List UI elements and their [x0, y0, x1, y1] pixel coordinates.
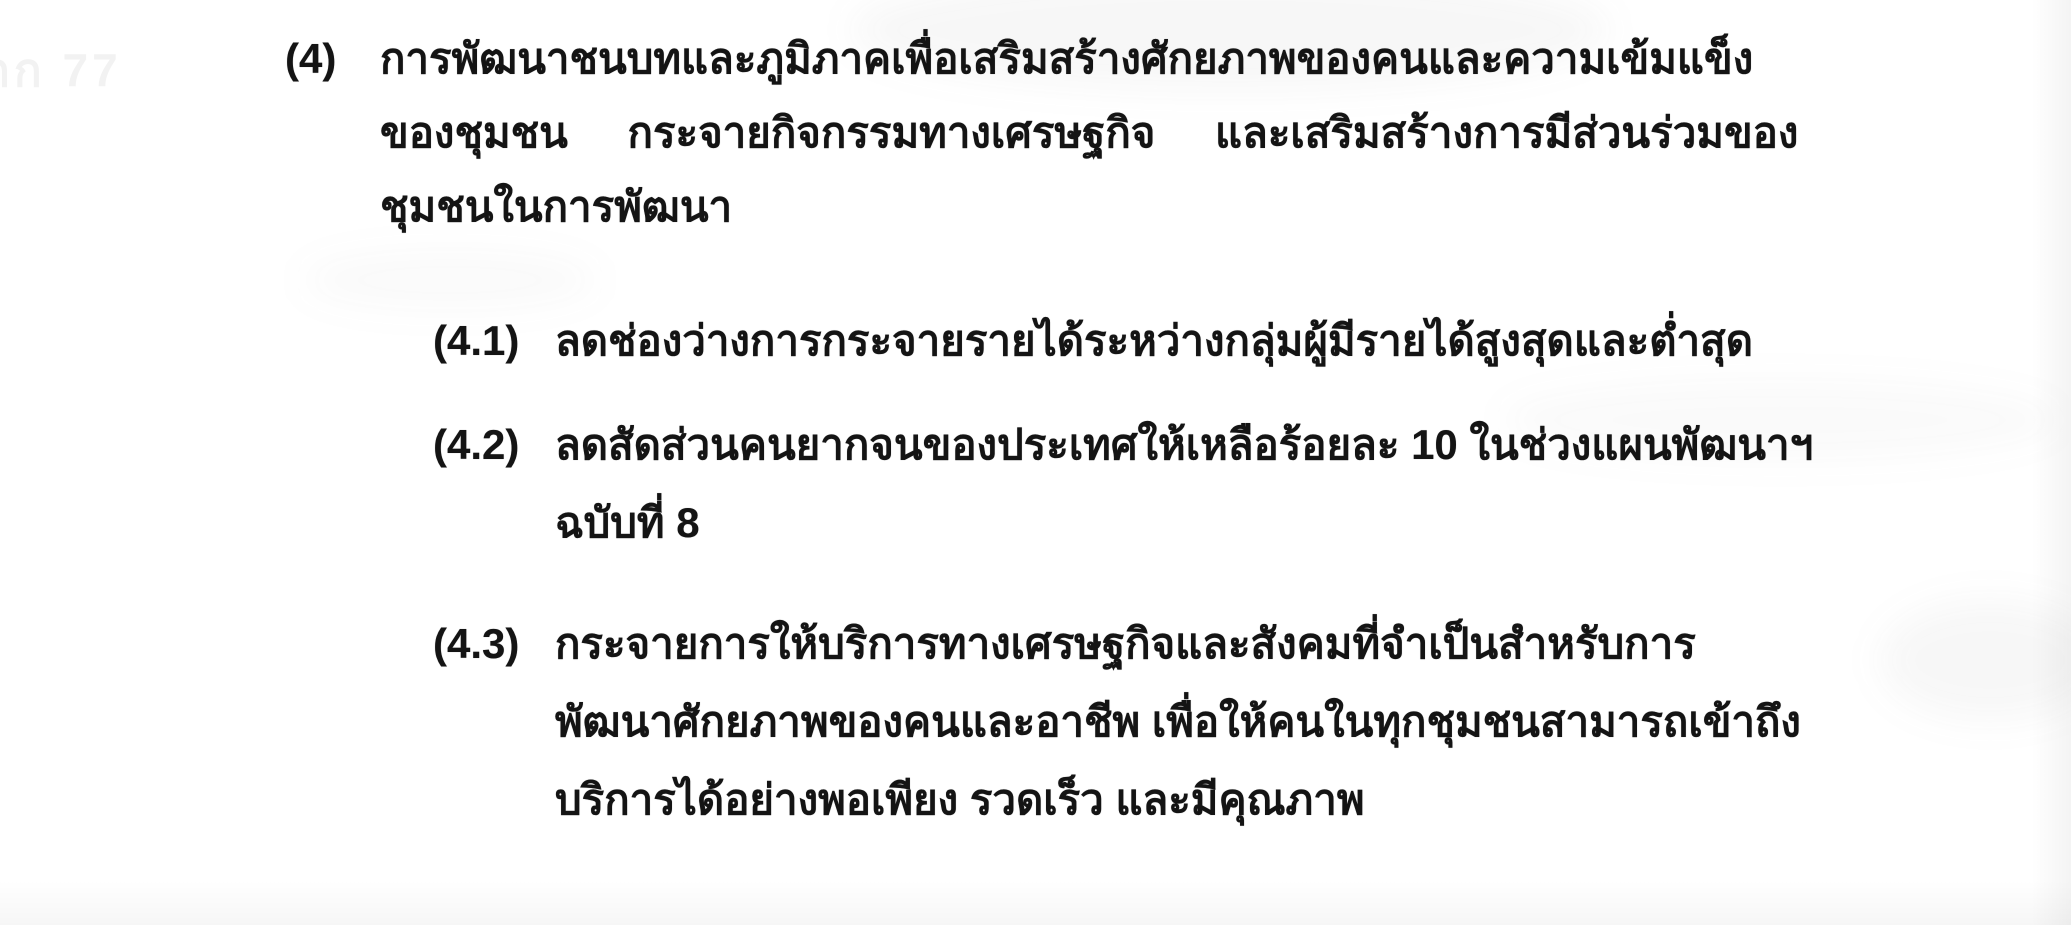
item-4-2-text: ลดสัดส่วนคนยากจนของประเทศให้เหลือร้อยละ … [555, 406, 2071, 562]
scanned-document-page: กก 77 (4) การพัฒนาชนบทและภูมิภาคเพื่อเสร… [0, 0, 2071, 925]
item-4-line-1: การพัฒนาชนบทและภูมิภาคเพื่อเสริมสร้างศัก… [380, 22, 2071, 96]
item-4-3-line-3: บริการได้อย่างพอเพียง รวดเร็ว และมีคุณภา… [555, 761, 2071, 839]
item-4-2-line-2: ฉบับที่ 8 [555, 484, 2071, 562]
item-4-number: (4) [285, 22, 380, 244]
item-4-2-number: (4.2) [433, 406, 555, 562]
item-4-2: (4.2) ลดสัดส่วนคนยากจนของประเทศให้เหลือร… [0, 406, 2071, 562]
item-4-3: (4.3) กระจายการให้บริการทางเศรษฐกิจและสั… [0, 605, 2071, 839]
item-4-3-line-1: กระจายการให้บริการทางเศรษฐกิจและสังคมที่… [555, 605, 2071, 683]
item-4-line-3: ชุมชนในการพัฒนา [380, 170, 2071, 244]
item-4-1-line-1: ลดช่องว่างการกระจายรายได้ระหว่างกลุ่มผู้… [555, 302, 2071, 380]
item-4-1: (4.1) ลดช่องว่างการกระจายรายได้ระหว่างกล… [0, 302, 2071, 380]
item-4-heading: (4) การพัฒนาชนบทและภูมิภาคเพื่อเสริมสร้า… [0, 22, 2071, 244]
scan-edge-shading-bottom [0, 880, 2071, 925]
item-4-2-line-1: ลดสัดส่วนคนยากจนของประเทศให้เหลือร้อยละ … [555, 406, 2071, 484]
item-4-heading-text: การพัฒนาชนบทและภูมิภาคเพื่อเสริมสร้างศัก… [380, 22, 2071, 244]
item-4-3-number: (4.3) [433, 605, 555, 839]
item-4-1-text: ลดช่องว่างการกระจายรายได้ระหว่างกลุ่มผู้… [555, 302, 2071, 380]
item-4-1-number: (4.1) [433, 302, 555, 380]
document-body: (4) การพัฒนาชนบทและภูมิภาคเพื่อเสริมสร้า… [0, 22, 2071, 839]
item-4-3-line-2: พัฒนาศักยภาพของคนและอาชีพ เพื่อให้คนในทุ… [555, 683, 2071, 761]
item-4-line-2: ของชุมชน กระจายกิจกรรมทางเศรษฐกิจ และเสร… [380, 96, 2071, 170]
item-4-3-text: กระจายการให้บริการทางเศรษฐกิจและสังคมที่… [555, 605, 2071, 839]
